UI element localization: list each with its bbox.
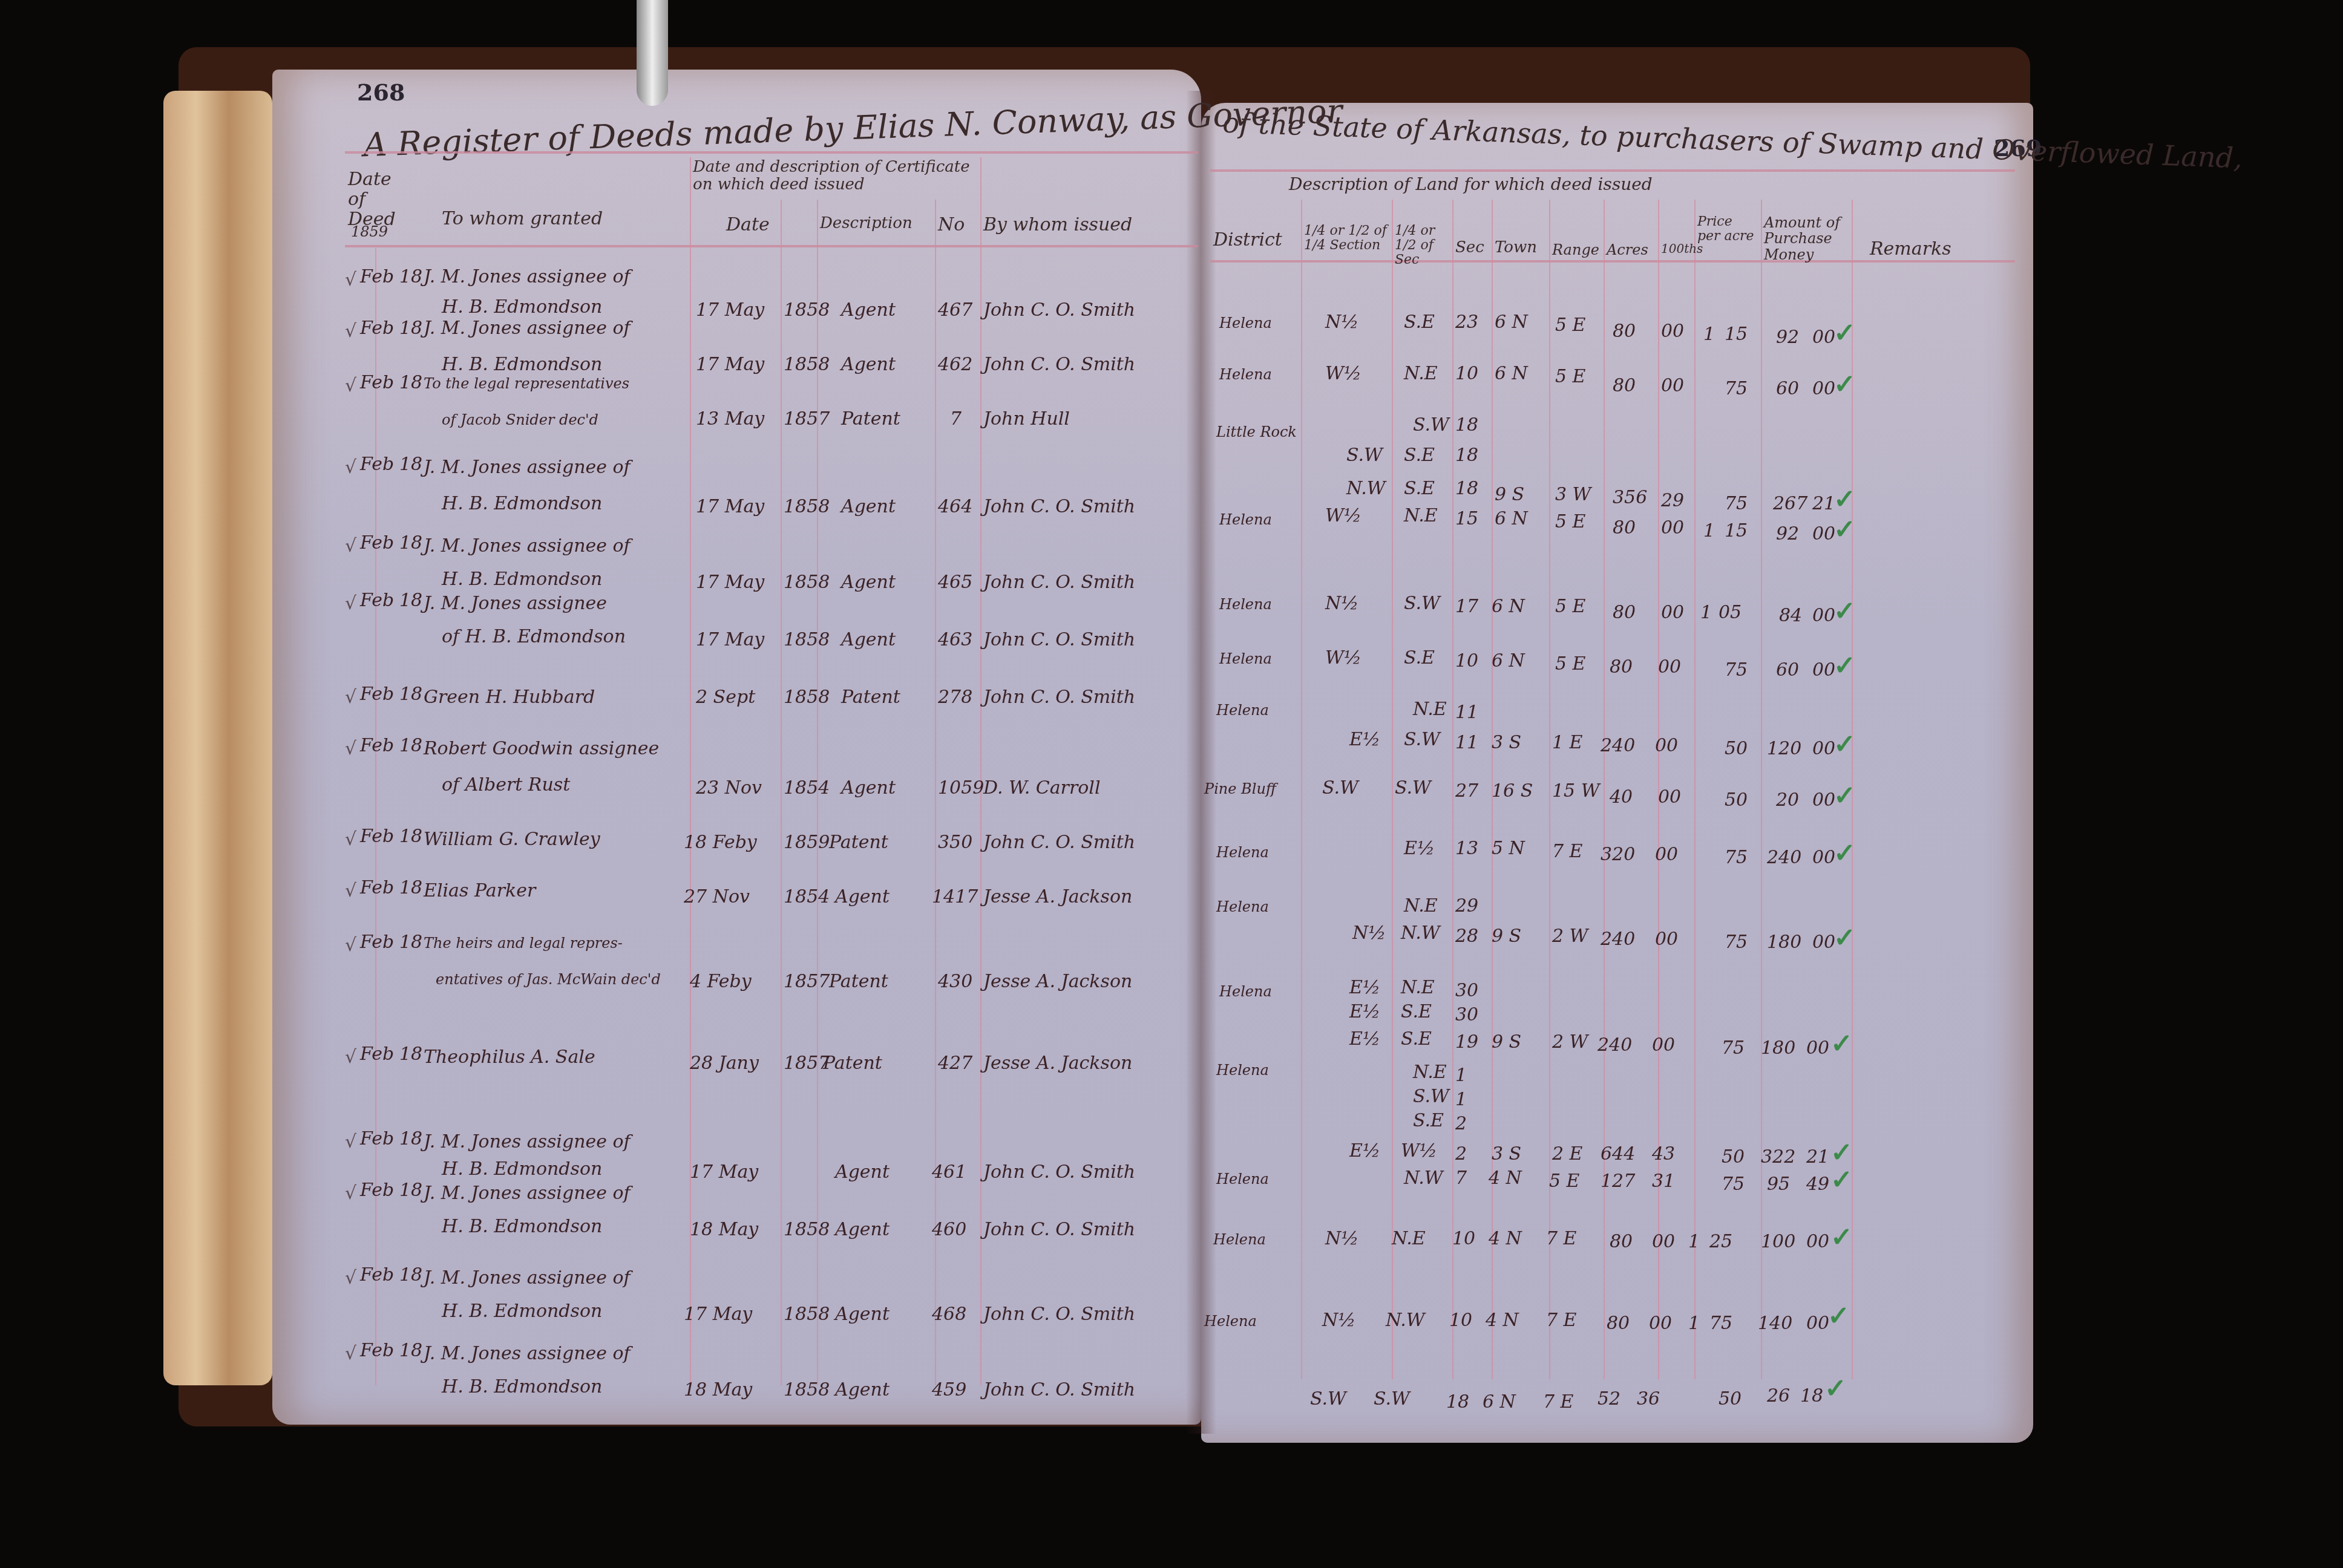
quarter: S.E xyxy=(1401,1028,1432,1050)
town: 6 N xyxy=(1495,363,1528,384)
grantee-line2: of H. B. Edmondson xyxy=(442,626,626,647)
section-fraction: E½ xyxy=(1349,1140,1380,1161)
sec: 18 xyxy=(1446,1391,1469,1413)
grantee: J. M. Jones assignee of xyxy=(424,1131,631,1152)
cert-desc: Agent xyxy=(841,299,896,321)
grantee-line2: H. B. Edmondson xyxy=(442,1216,602,1237)
deed-day: 18 xyxy=(399,1128,422,1149)
section-fraction: E½ xyxy=(1349,729,1380,750)
checkmark: √ xyxy=(345,880,356,901)
town: 4 N xyxy=(1489,1228,1522,1249)
quarter: N.E xyxy=(1392,1228,1426,1249)
grantee: J. M. Jones assignee of xyxy=(424,1183,631,1204)
section-fraction: E½ xyxy=(1349,977,1380,998)
header-no: No xyxy=(938,215,965,235)
town: 9 S xyxy=(1495,484,1524,505)
cert-no: 1059 xyxy=(938,777,984,799)
section-fraction: E½ xyxy=(1349,1001,1380,1022)
header-range: Range xyxy=(1552,242,1599,258)
price-cents: 05 xyxy=(1719,602,1742,623)
header-sec: Sec xyxy=(1455,239,1484,256)
header-by-whom-issued: By whom issued xyxy=(983,215,1132,235)
quarter: N.W xyxy=(1404,1168,1443,1189)
cert-no: 465 xyxy=(938,572,972,593)
checkmark: √ xyxy=(345,457,356,478)
header-purchase-money: Amount of Purchase Money xyxy=(1764,215,1849,263)
rule xyxy=(1210,260,2015,263)
grantee-line2: H. B. Edmondson xyxy=(442,1301,602,1322)
amount: 60 xyxy=(1776,378,1799,399)
price-cents: 75 xyxy=(1725,932,1748,953)
cert-desc: Agent xyxy=(841,629,896,650)
amount: 180 xyxy=(1761,1037,1795,1059)
deed-month: Feb xyxy=(360,735,394,756)
issued-by: John C. O. Smith xyxy=(983,572,1135,593)
checkmark: √ xyxy=(345,687,356,708)
amount: 140 xyxy=(1758,1313,1792,1334)
column-line xyxy=(1694,200,1696,1379)
acres: 644 xyxy=(1601,1143,1635,1165)
district: Helena xyxy=(1219,983,1272,1000)
deed-day: 18 xyxy=(399,735,422,756)
price-dollars: 1 xyxy=(1703,324,1715,345)
hundredths: 00 xyxy=(1658,786,1681,808)
checkmark: √ xyxy=(345,829,356,850)
cert-desc: Agent xyxy=(841,572,896,593)
rule xyxy=(345,151,1198,154)
hundredths: 00 xyxy=(1655,844,1678,865)
checkmark: √ xyxy=(345,321,356,342)
price-cents: 75 xyxy=(1722,1174,1745,1195)
deed-day: 18 xyxy=(399,266,422,287)
checkmark: √ xyxy=(345,1047,356,1068)
issued-by: D. W. Carroll xyxy=(983,777,1101,799)
deed-month: Feb xyxy=(360,684,394,705)
amount-cents: 00 xyxy=(1812,738,1835,759)
range: 7 E xyxy=(1552,841,1583,862)
issued-by: John C. O. Smith xyxy=(983,1304,1135,1325)
deed-day: 18 xyxy=(399,532,422,554)
header-date: Date xyxy=(726,215,770,235)
town: 6 N xyxy=(1495,508,1528,529)
deed-day: 18 xyxy=(399,684,422,705)
page-clip xyxy=(637,0,668,106)
cert-year: 1859 xyxy=(784,832,830,853)
sec: 2 xyxy=(1455,1113,1467,1134)
town: 6 N xyxy=(1492,596,1525,617)
cert-date: 17 May xyxy=(696,354,764,375)
town: 6 N xyxy=(1483,1391,1516,1413)
price-cents: 50 xyxy=(1725,738,1748,759)
amount: 26 xyxy=(1767,1385,1790,1406)
sec: 1 xyxy=(1455,1065,1467,1086)
quarter: N.E xyxy=(1404,895,1438,916)
sec: 30 xyxy=(1455,1004,1478,1025)
issued-by: John C. O. Smith xyxy=(983,687,1135,708)
quarter: S.W xyxy=(1413,1086,1449,1107)
hundredths: 29 xyxy=(1661,490,1684,511)
header-certificate-group: Date and description of Certificate on w… xyxy=(693,158,977,193)
cert-desc: Patent xyxy=(829,832,888,853)
grantee: Green H. Hubbard xyxy=(424,687,595,708)
checkmark: √ xyxy=(345,593,356,614)
cert-year: 1854 xyxy=(784,777,830,799)
range: 1 E xyxy=(1552,732,1583,753)
checkmark: √ xyxy=(345,375,356,396)
price-dollars: 1 xyxy=(1700,602,1712,623)
verified-check: ✓ xyxy=(1833,318,1856,348)
cert-desc: Agent xyxy=(841,496,896,517)
grantee: J. M. Jones assignee of xyxy=(424,1267,631,1289)
acres: 240 xyxy=(1601,735,1635,756)
grantee: Theophilus A. Sale xyxy=(424,1047,595,1068)
amount: 84 xyxy=(1779,605,1802,626)
amount: 20 xyxy=(1776,789,1799,811)
deed-month: Feb xyxy=(360,1128,394,1149)
quarter: S.E xyxy=(1413,1110,1444,1131)
verified-check: ✓ xyxy=(1833,729,1856,760)
amount-cents: 00 xyxy=(1812,378,1835,399)
district: Helena xyxy=(1219,596,1272,613)
issued-by: Jesse A. Jackson xyxy=(983,971,1132,992)
cert-date: 23 Nov xyxy=(696,777,762,799)
issued-by: Jesse A. Jackson xyxy=(983,886,1132,907)
cert-no: 464 xyxy=(938,496,972,517)
price-dollars: 1 xyxy=(1688,1231,1700,1252)
verified-check: ✓ xyxy=(1830,1028,1853,1059)
deed-month: Feb xyxy=(360,266,394,287)
issued-by: Jesse A. Jackson xyxy=(983,1053,1132,1074)
sec: 11 xyxy=(1455,732,1478,753)
quarter: S.W xyxy=(1404,593,1440,614)
cert-year: 1857 xyxy=(784,408,830,430)
quarter: S.W xyxy=(1404,729,1440,750)
hundredths: 31 xyxy=(1652,1171,1675,1192)
quarter: N.E xyxy=(1401,977,1435,998)
cert-date: 27 Nov xyxy=(684,886,750,907)
issued-by: John Hull xyxy=(983,408,1070,430)
cert-date: 4 Feby xyxy=(690,971,752,992)
town: 4 N xyxy=(1486,1310,1519,1331)
header-description: Description xyxy=(820,215,913,232)
sec: 27 xyxy=(1455,780,1478,802)
acres: 80 xyxy=(1613,602,1636,623)
district: Helena xyxy=(1219,650,1272,667)
cert-desc: Patent xyxy=(823,1053,882,1074)
price-cents: 25 xyxy=(1709,1231,1732,1252)
verified-check: ✓ xyxy=(1833,780,1856,811)
district: Helena xyxy=(1216,898,1269,915)
quarter: N.E xyxy=(1404,363,1438,384)
amount-cents: 21 xyxy=(1806,1146,1829,1168)
cert-desc: Agent xyxy=(841,354,896,375)
grantee: J. M. Jones assignee of xyxy=(424,457,631,478)
grantee: J. M. Jones assignee of xyxy=(424,266,631,287)
range: 5 E xyxy=(1549,1171,1580,1192)
cert-no: 350 xyxy=(938,832,972,853)
cert-date: 2 Sept xyxy=(696,687,755,708)
price-cents: 50 xyxy=(1719,1388,1742,1410)
grantee-line2: H. B. Edmondson xyxy=(442,1376,602,1397)
section-fraction: W½ xyxy=(1325,647,1362,668)
cert-year: 1858 xyxy=(784,354,830,375)
header-price-per-acre: Price per acre xyxy=(1697,215,1758,244)
sec: 28 xyxy=(1455,926,1478,947)
verified-check: ✓ xyxy=(1833,838,1856,869)
header-hundredths: 100ths xyxy=(1661,242,1703,255)
header-acres: Acres xyxy=(1607,242,1648,258)
column-line xyxy=(781,200,782,1385)
checkmark: √ xyxy=(345,1267,356,1289)
column-line xyxy=(935,200,936,1385)
cert-desc: Agent xyxy=(835,886,890,907)
amount-cents: 00 xyxy=(1812,659,1835,681)
verified-check: ✓ xyxy=(1833,484,1856,515)
sec: 18 xyxy=(1455,478,1478,499)
cert-no: 459 xyxy=(932,1379,966,1400)
quarter: E½ xyxy=(1404,838,1435,859)
acres: 240 xyxy=(1601,929,1635,950)
rule xyxy=(1210,169,2015,172)
column-line xyxy=(980,157,981,1385)
deed-day: 18 xyxy=(399,1044,422,1065)
quarter: N.W xyxy=(1401,923,1440,944)
district: Helena xyxy=(1216,844,1269,861)
cert-desc: Agent xyxy=(835,1161,890,1183)
acres: 127 xyxy=(1601,1171,1635,1192)
cert-year: 1858 xyxy=(784,299,830,321)
price-cents: 50 xyxy=(1725,789,1748,811)
header-quarter-section: 1/4 or 1/2 of 1/4 Section xyxy=(1304,224,1389,253)
district: Little Rock xyxy=(1216,423,1297,440)
cert-no: 278 xyxy=(938,687,972,708)
left-page-number: 268 xyxy=(357,79,405,106)
amount: 92 xyxy=(1776,523,1799,544)
hundredths: 00 xyxy=(1655,929,1678,950)
amount: 322 xyxy=(1761,1146,1795,1168)
grantee: To the legal representatives xyxy=(424,375,629,392)
town: 9 S xyxy=(1492,1031,1521,1053)
verified-check: ✓ xyxy=(1830,1222,1853,1253)
cert-date: 17 May xyxy=(696,299,764,321)
issued-by: John C. O. Smith xyxy=(983,299,1135,321)
cert-date: 18 May xyxy=(684,1379,752,1400)
quarter: S.E xyxy=(1404,647,1435,668)
town: 6 N xyxy=(1492,650,1525,671)
town: 5 N xyxy=(1492,838,1525,859)
page-edges xyxy=(163,91,272,1385)
amount: 60 xyxy=(1776,659,1799,681)
grantee: J. M. Jones assignee of xyxy=(424,318,631,339)
amount-cents: 00 xyxy=(1812,327,1835,348)
quarter: S.W xyxy=(1413,414,1449,436)
deed-day: 18 xyxy=(399,1180,422,1201)
section-fraction: N½ xyxy=(1322,1310,1355,1331)
deed-month: Feb xyxy=(360,826,394,847)
deed-month: Feb xyxy=(360,454,394,475)
hundredths: 36 xyxy=(1637,1388,1660,1410)
deed-day: 18 xyxy=(399,826,422,847)
deed-month: Feb xyxy=(360,1044,394,1065)
quarter: N.E xyxy=(1413,1062,1447,1083)
amount: 267 xyxy=(1773,493,1807,514)
cert-no: 463 xyxy=(938,629,972,650)
sec: 17 xyxy=(1455,596,1478,617)
grantee: The heirs and legal repres- xyxy=(424,935,623,952)
cert-no: 427 xyxy=(938,1053,972,1074)
district: Helena xyxy=(1219,511,1272,528)
amount-cents: 00 xyxy=(1812,605,1835,626)
deed-month: Feb xyxy=(360,532,394,554)
cert-no: 467 xyxy=(938,299,972,321)
sec: 7 xyxy=(1455,1168,1467,1189)
deed-day: 18 xyxy=(399,318,422,339)
deed-day: 18 xyxy=(399,590,422,611)
deed-day: 18 xyxy=(399,1264,422,1285)
checkmark: √ xyxy=(345,1131,356,1152)
sec: 15 xyxy=(1455,508,1478,529)
amount-cents: 00 xyxy=(1812,523,1835,544)
amount-cents: 00 xyxy=(1806,1231,1829,1252)
verified-check: ✓ xyxy=(1833,650,1856,681)
section-fraction: W½ xyxy=(1325,363,1362,384)
sec: 2 xyxy=(1455,1143,1467,1165)
amount-cents: 21 xyxy=(1812,493,1835,514)
sec: 10 xyxy=(1452,1228,1475,1249)
district: Pine Bluff xyxy=(1204,780,1276,797)
quarter: S.E xyxy=(1404,478,1435,499)
issued-by: John C. O. Smith xyxy=(983,629,1135,650)
column-line xyxy=(1452,200,1453,1379)
cert-desc: Agent xyxy=(835,1219,890,1240)
grantee-line2: H. B. Edmondson xyxy=(442,296,602,318)
cert-date: 17 May xyxy=(690,1161,758,1183)
acres: 80 xyxy=(1610,1231,1633,1252)
grantee-line2: H. B. Edmondson xyxy=(442,1158,602,1180)
cert-date: 17 May xyxy=(696,572,764,593)
district: Helena xyxy=(1219,366,1272,383)
section-fraction: W½ xyxy=(1325,505,1362,526)
acres: 240 xyxy=(1597,1034,1632,1056)
amount: 180 xyxy=(1767,932,1801,953)
rule xyxy=(345,245,1198,247)
deed-month: Feb xyxy=(360,1340,394,1361)
acres: 80 xyxy=(1613,375,1636,396)
amount-cents: 00 xyxy=(1812,847,1835,868)
hundredths: 00 xyxy=(1658,656,1681,678)
book-gutter xyxy=(1186,91,1216,1434)
cert-year: 1858 xyxy=(784,687,830,708)
district: Helena xyxy=(1213,1231,1266,1248)
range: 5 E xyxy=(1555,596,1586,617)
quarter: N.W xyxy=(1386,1310,1425,1331)
cert-date: 17 May xyxy=(696,496,764,517)
cert-no: 460 xyxy=(932,1219,966,1240)
issued-by: John C. O. Smith xyxy=(983,496,1135,517)
deed-month: Feb xyxy=(360,372,394,393)
issued-by: John C. O. Smith xyxy=(983,1379,1135,1400)
acres: 320 xyxy=(1601,844,1635,865)
cert-date: 13 May xyxy=(696,408,764,430)
verified-check: ✓ xyxy=(1833,923,1856,953)
hundredths: 43 xyxy=(1652,1143,1675,1165)
deed-month: Feb xyxy=(360,318,394,339)
header-date-of-deed: Date of Deed xyxy=(348,169,402,229)
town: 4 N xyxy=(1489,1168,1522,1189)
hundredths: 00 xyxy=(1652,1231,1675,1252)
town: 6 N xyxy=(1495,312,1528,333)
quarter: S.W xyxy=(1395,777,1431,799)
acres: 356 xyxy=(1613,487,1647,508)
cert-desc: Agent xyxy=(835,1304,890,1325)
header-land-group: Description of Land for which deed issue… xyxy=(1289,175,1653,194)
cert-date: 17 May xyxy=(684,1304,752,1325)
checkmark: √ xyxy=(345,1183,356,1204)
district: Helena xyxy=(1204,1313,1257,1330)
cert-desc: Patent xyxy=(829,971,888,992)
quarter: S.E xyxy=(1401,1001,1432,1022)
deed-day: 18 xyxy=(399,372,422,393)
sec: 29 xyxy=(1455,895,1478,916)
verified-check: ✓ xyxy=(1824,1373,1847,1404)
quarter: N.E xyxy=(1413,699,1447,720)
checkmark: √ xyxy=(345,269,356,290)
amount: 100 xyxy=(1761,1231,1795,1252)
hundredths: 00 xyxy=(1649,1313,1672,1334)
town: 3 S xyxy=(1492,732,1521,753)
district: Helena xyxy=(1216,1171,1269,1187)
grantee: J. M. Jones assignee of xyxy=(424,535,631,557)
section-fraction: S.W xyxy=(1346,445,1383,466)
section-fraction: N½ xyxy=(1325,593,1358,614)
grantee-line2: H. B. Edmondson xyxy=(442,493,602,514)
acres: 40 xyxy=(1610,786,1633,808)
grantee: J. M. Jones assignee xyxy=(424,593,607,614)
sec: 18 xyxy=(1455,414,1478,436)
cert-date: 18 Feby xyxy=(684,832,757,853)
verified-check: ✓ xyxy=(1833,514,1856,545)
section-fraction: S.W xyxy=(1322,777,1358,799)
price-cents: 75 xyxy=(1725,847,1748,868)
price-cents: 15 xyxy=(1725,520,1748,541)
grantee: Elias Parker xyxy=(424,880,536,901)
hundredths: 00 xyxy=(1661,375,1684,396)
amount-cents: 00 xyxy=(1806,1037,1829,1059)
cert-no: 7 xyxy=(950,408,962,430)
range: 2 W xyxy=(1552,1031,1588,1053)
deed-day: 18 xyxy=(399,1340,422,1361)
town: 16 S xyxy=(1492,780,1533,802)
amount: 120 xyxy=(1767,738,1801,759)
verified-check: ✓ xyxy=(1830,1137,1853,1168)
district: Helena xyxy=(1216,702,1269,719)
range: 5 E xyxy=(1555,366,1586,387)
grantee-line2: of Albert Rust xyxy=(442,774,570,795)
price-cents: 75 xyxy=(1725,378,1748,399)
range: 2 W xyxy=(1552,926,1588,947)
sec: 23 xyxy=(1455,312,1478,333)
verified-check: ✓ xyxy=(1833,596,1856,627)
amount-cents: 00 xyxy=(1812,932,1835,953)
issued-by: John C. O. Smith xyxy=(983,1219,1135,1240)
amount-cents: 00 xyxy=(1812,789,1835,811)
column-line xyxy=(1761,200,1762,1379)
price-cents: 75 xyxy=(1725,493,1748,514)
sec: 18 xyxy=(1455,445,1478,466)
column-line xyxy=(1604,200,1605,1379)
issued-by: John C. O. Smith xyxy=(983,354,1135,375)
cert-desc: Agent xyxy=(841,777,896,799)
